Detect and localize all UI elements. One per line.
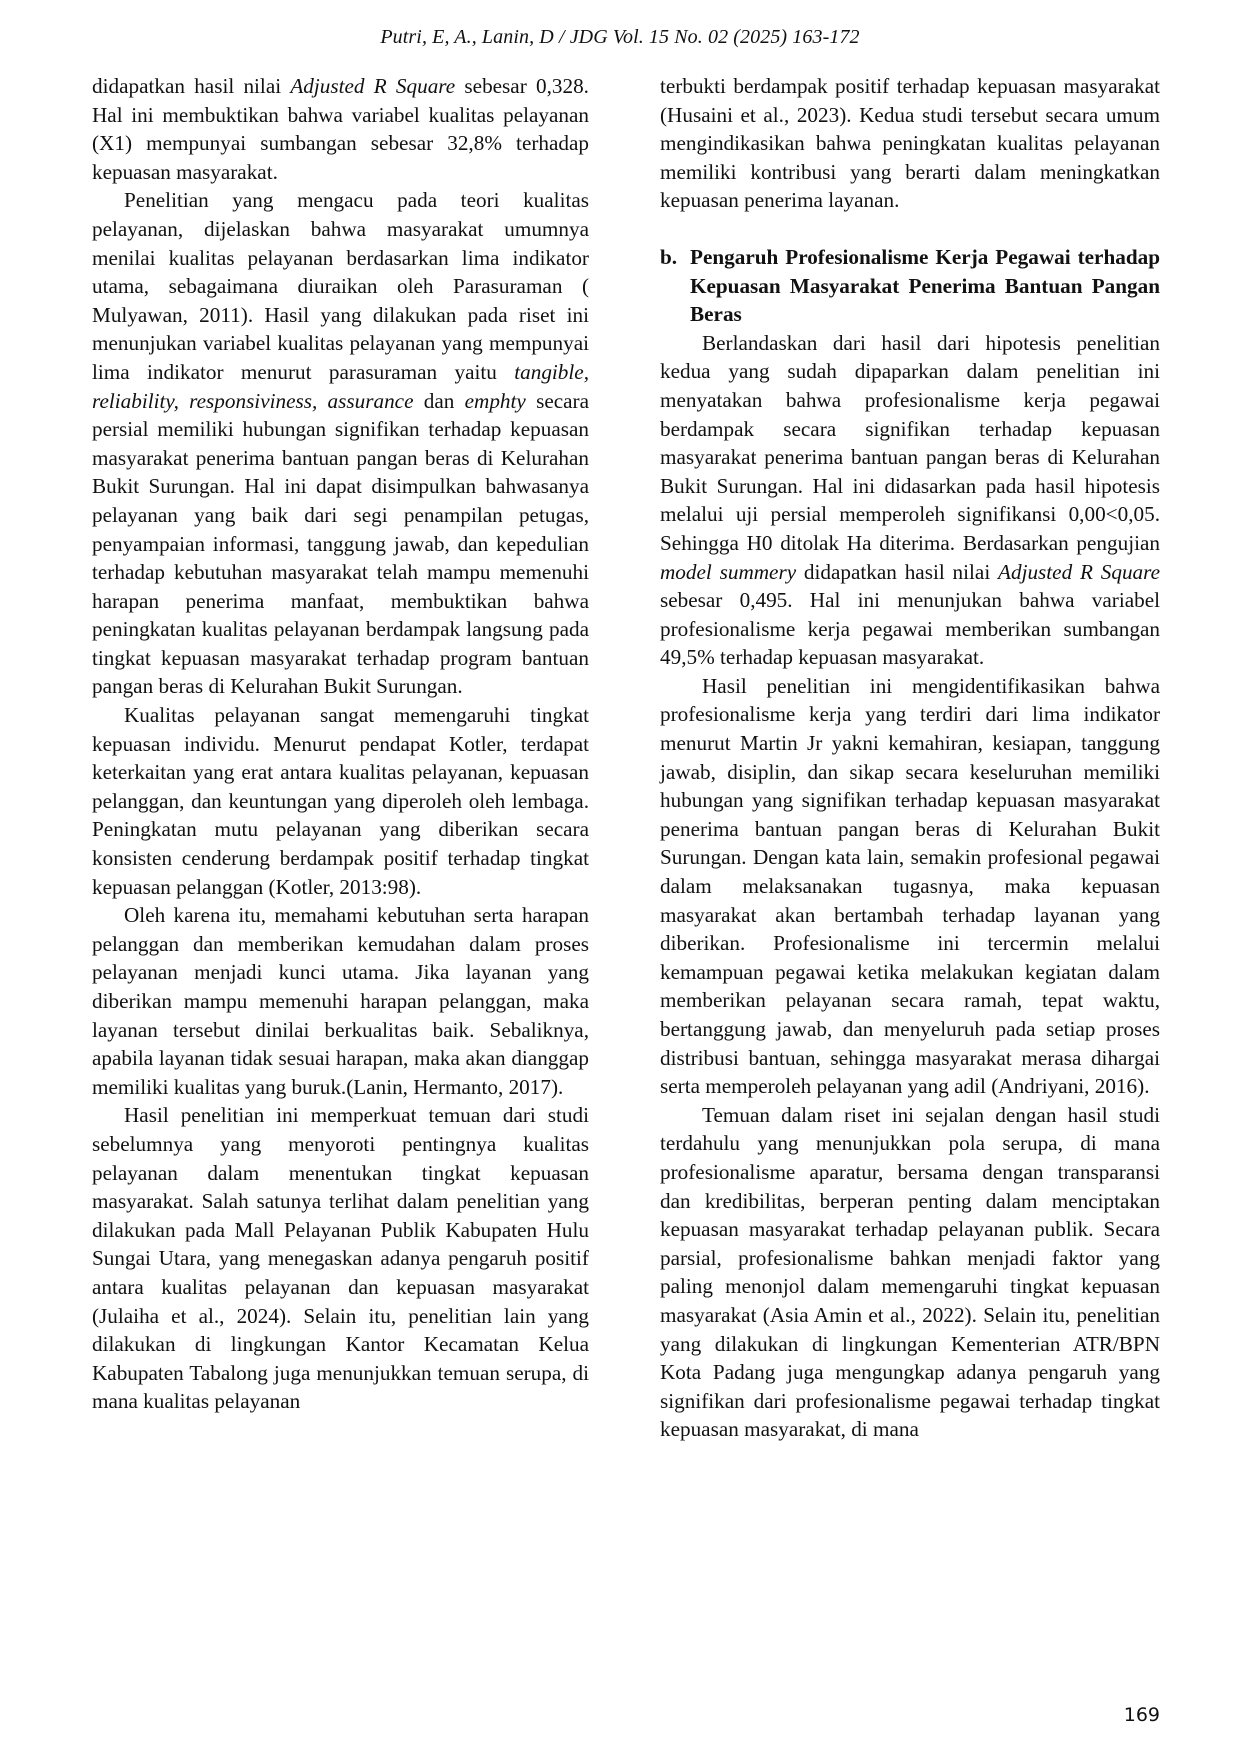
- paragraph: Penelitian yang mengacu pada teori kuali…: [92, 186, 589, 701]
- section-number: b.: [660, 243, 690, 329]
- paragraph: Kualitas pelayanan sangat memengaruhi ti…: [92, 701, 589, 901]
- running-header: Putri, E, A., Lanin, D / JDG Vol. 15 No.…: [0, 26, 1240, 49]
- paragraph: Hasil penelitian ini memperkuat temuan d…: [92, 1101, 589, 1416]
- page-number: 169: [1124, 1704, 1160, 1726]
- paragraph: terbukti berdampak positif terhadap kepu…: [660, 72, 1160, 215]
- section-heading: b. Pengaruh Profesionalisme Kerja Pegawa…: [660, 243, 1160, 329]
- paragraph: didapatkan hasil nilai Adjusted R Square…: [92, 72, 589, 186]
- paragraph: Oleh karena itu, memahami kebutuhan sert…: [92, 901, 589, 1101]
- emphasis-term: model summery: [660, 560, 796, 584]
- emphasis-term: Adjusted R Square: [998, 560, 1160, 584]
- left-column: didapatkan hasil nilai Adjusted R Square…: [92, 72, 589, 1416]
- section-title: Pengaruh Profesionalisme Kerja Pegawai t…: [690, 243, 1160, 329]
- emphasis-term: emphty: [465, 389, 526, 413]
- right-column: terbukti berdampak positif terhadap kepu…: [660, 72, 1160, 1444]
- emphasis-term: Adjusted R Square: [290, 74, 455, 98]
- paragraph: Temuan dalam riset ini sejalan dengan ha…: [660, 1101, 1160, 1444]
- paragraph: Hasil penelitian ini mengidentifikasikan…: [660, 672, 1160, 1101]
- paragraph: Berlandaskan dari hasil dari hipotesis p…: [660, 329, 1160, 672]
